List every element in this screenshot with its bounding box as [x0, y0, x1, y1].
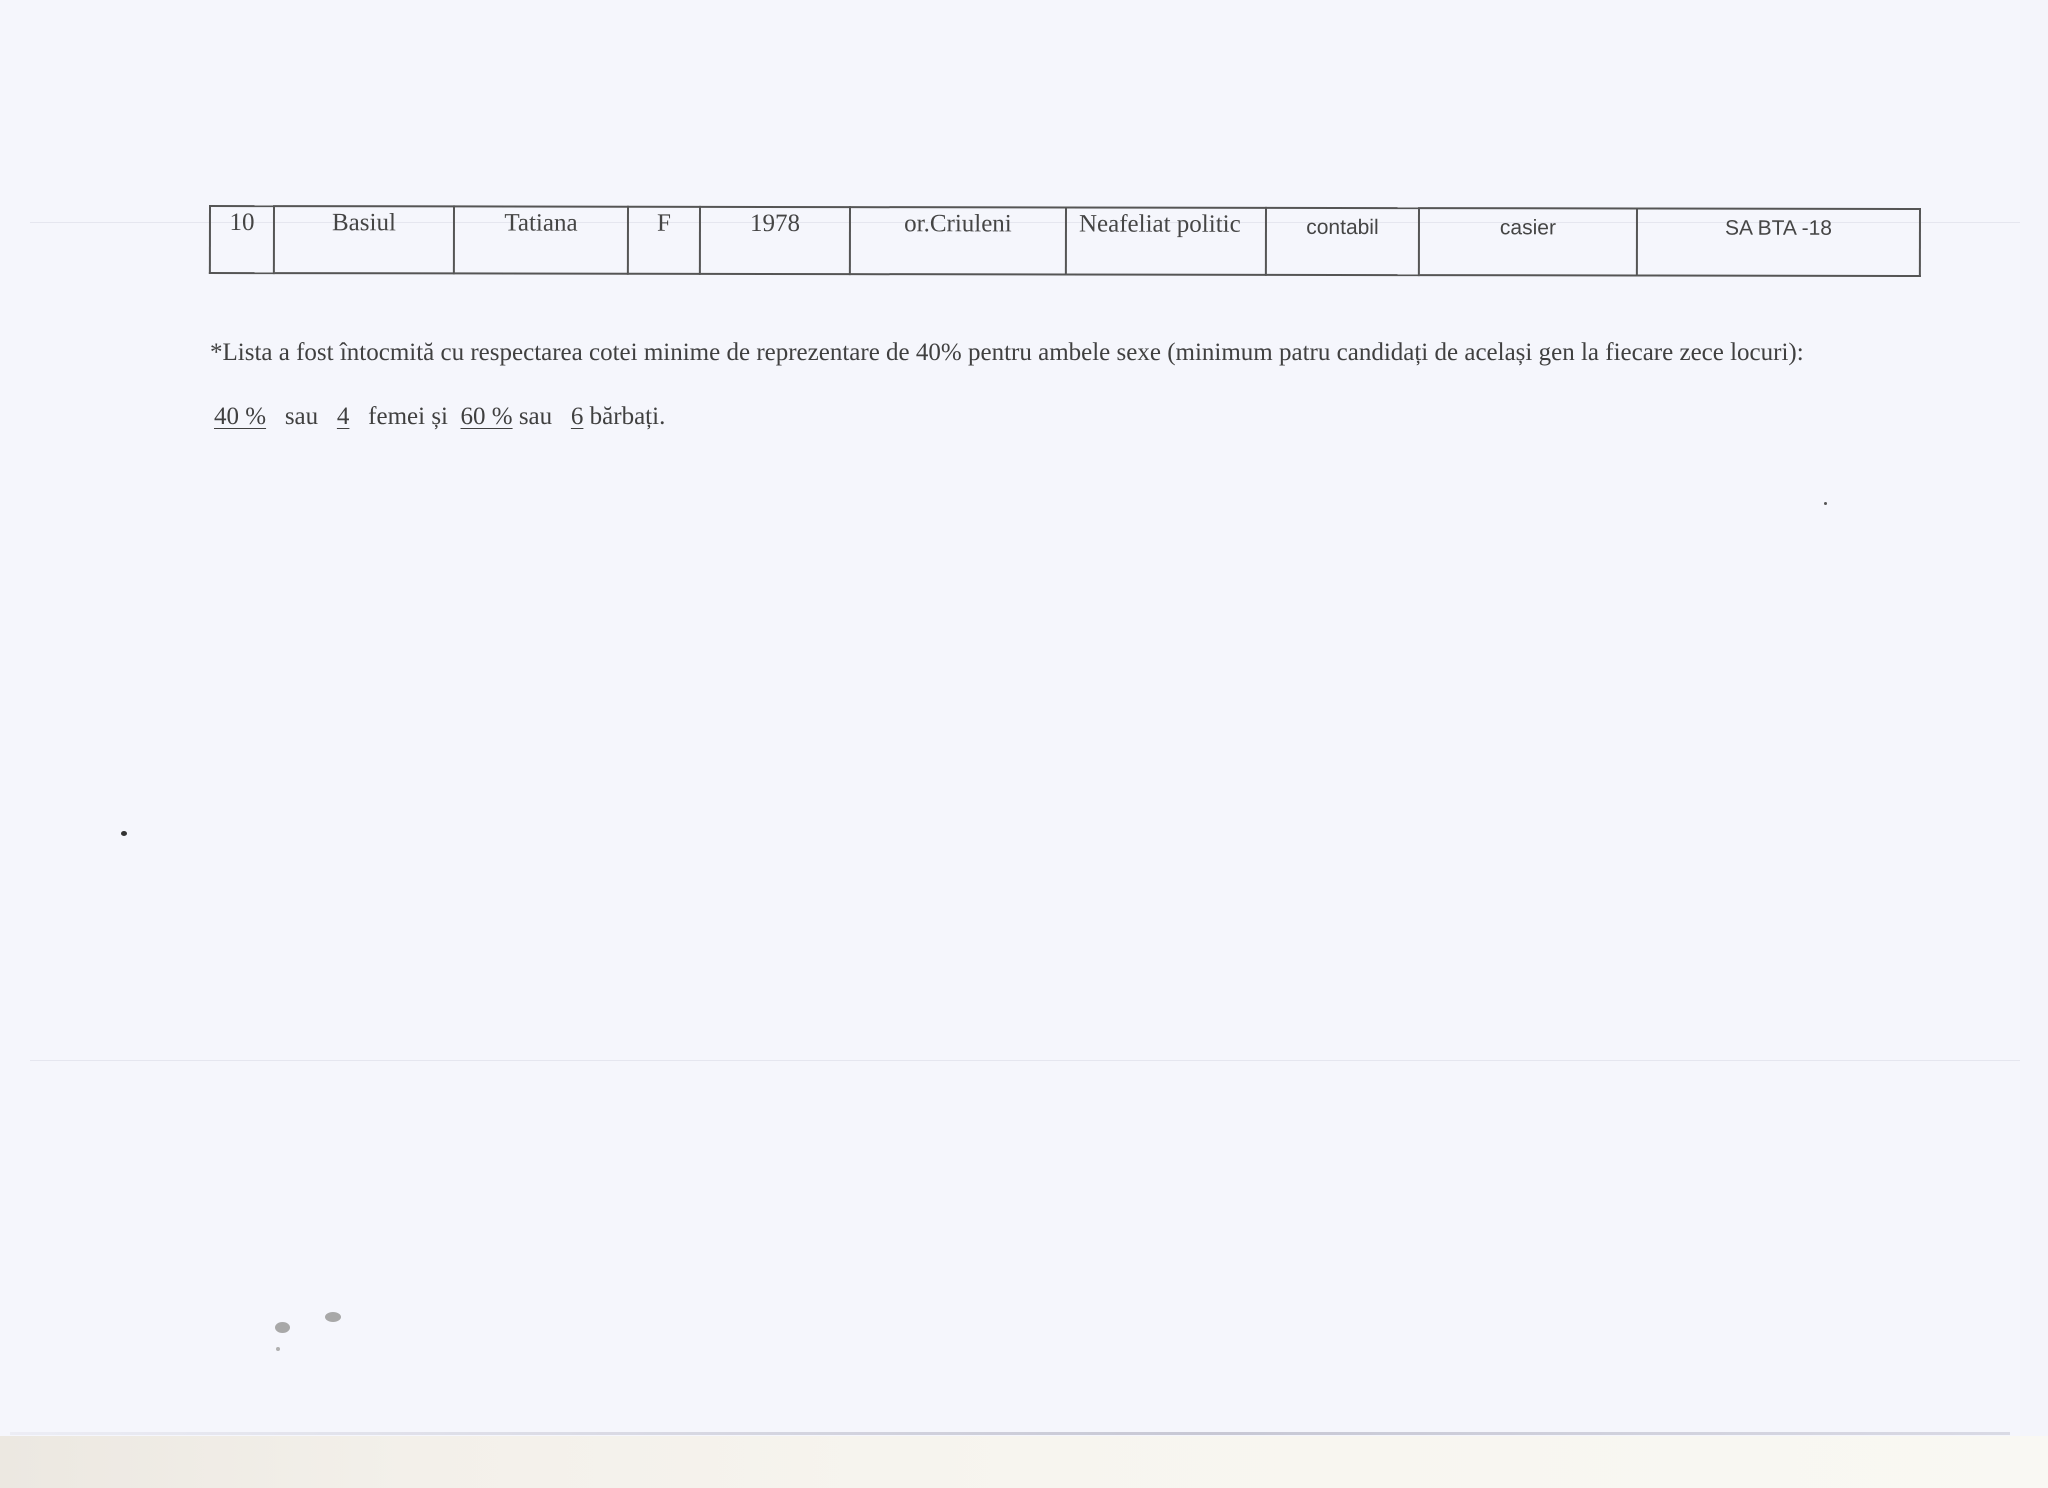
scan-speck: [121, 831, 127, 836]
cell-workplace: SA BTA -18: [1637, 208, 1920, 275]
quota-note: *Lista a fost întocmită cu respectarea c…: [210, 337, 1940, 368]
scanned-page: 10 Basiul Tatiana F 1978 or.Criuleni Nea…: [0, 0, 2020, 1436]
scan-speck: [276, 1347, 280, 1351]
cell-sex: F: [628, 207, 700, 274]
scan-page-edge: [10, 1432, 2010, 1435]
scanner-background: [0, 1436, 2048, 1488]
women-label: femei și: [368, 403, 448, 430]
quota-note-text: *Lista a fost întocmită cu respectarea c…: [210, 337, 1940, 368]
cell-last-name: Basiul: [274, 206, 454, 273]
women-count: 4: [337, 403, 350, 430]
scan-speck: [275, 1322, 290, 1333]
men-label: bărbați.: [590, 403, 666, 430]
candidate-table: 10 Basiul Tatiana F 1978 or.Criuleni Nea…: [209, 205, 1921, 277]
women-percent: 40 %: [214, 403, 266, 430]
candidate-table-wrapper: 10 Basiul Tatiana F 1978 or.Criuleni Nea…: [209, 205, 1919, 277]
cell-number: 10: [210, 206, 274, 273]
scan-speck: [1824, 502, 1827, 505]
cell-residence: or.Criuleni: [850, 207, 1066, 274]
men-count: 6: [571, 403, 584, 430]
sau-label: sau: [519, 403, 552, 430]
sau-label: sau: [285, 403, 318, 430]
scan-speck: [325, 1312, 341, 1322]
cell-first-name: Tatiana: [454, 206, 628, 273]
cell-position: casier: [1419, 208, 1637, 275]
table-row: 10 Basiul Tatiana F 1978 or.Criuleni Nea…: [210, 206, 1920, 276]
cell-birth-year: 1978: [700, 207, 850, 274]
men-percent: 60 %: [461, 403, 513, 430]
scan-artifact-line: [30, 1060, 2020, 1061]
cell-political-affiliation: Neafeliat politic: [1066, 207, 1266, 274]
cell-profession: contabil: [1266, 208, 1419, 275]
gender-summary: 40 % sau 4 femei și 60 % sau 6 bărbați.: [214, 401, 665, 433]
